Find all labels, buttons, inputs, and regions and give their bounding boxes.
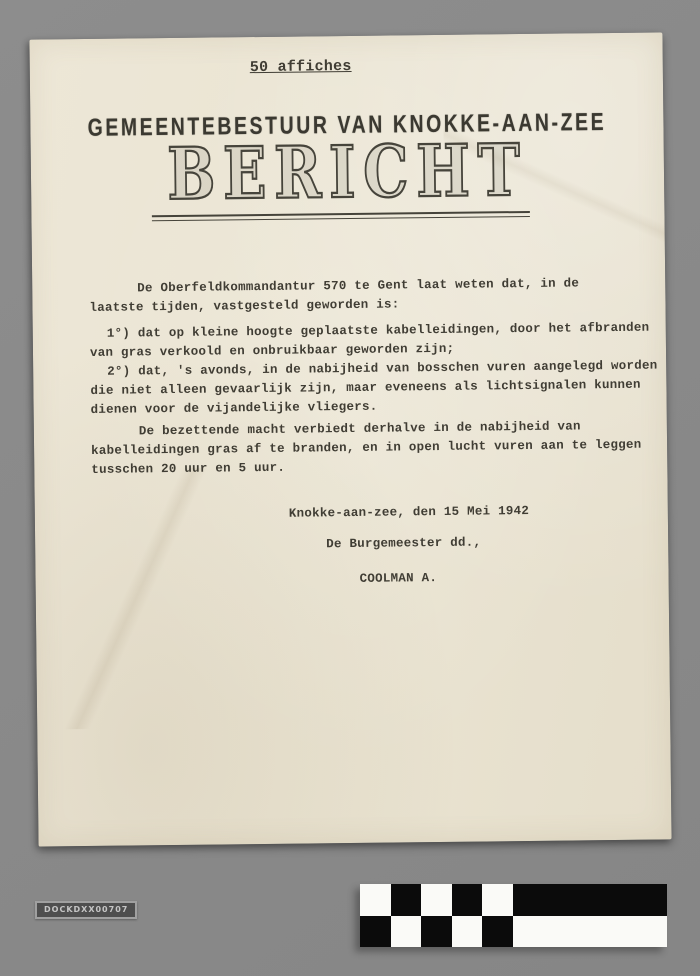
document-title: BERICHT	[75, 130, 620, 214]
calibration-cell	[421, 916, 452, 948]
archive-catalog-label: DOCKDXX00707	[35, 901, 137, 919]
document-sheet: 50 affiches GEMEENTEBESTUUR VAN KNOKKE-A…	[29, 32, 671, 846]
signature-line: De Burgemeester dd.,	[326, 536, 481, 552]
calibration-cell	[513, 884, 667, 916]
calibration-strip	[360, 884, 667, 947]
print-run-annotation: 50 affiches	[250, 58, 352, 76]
calibration-cell	[421, 884, 452, 916]
body-text: De Oberfeldkommandantur 570 te Gent laat…	[89, 273, 666, 480]
signature-line: Knokke-aan-zee, den 15 Mei 1942	[289, 504, 529, 521]
calibration-cell	[482, 916, 513, 948]
calibration-cell	[452, 916, 483, 948]
calibration-cell	[360, 884, 391, 916]
calibration-row-bottom	[360, 916, 667, 948]
signature-line: COOLMAN A.	[360, 571, 438, 586]
calibration-row-top	[360, 884, 667, 916]
calibration-cell	[391, 916, 422, 948]
calibration-cell	[482, 884, 513, 916]
calibration-cell	[513, 916, 667, 948]
calibration-cell	[391, 884, 422, 916]
calibration-cell	[360, 916, 391, 948]
calibration-cell	[452, 884, 483, 916]
signature-block: Knokke-aan-zee, den 15 Mei 1942De Burgem…	[29, 32, 662, 39]
photo-background: 50 affiches GEMEENTEBESTUUR VAN KNOKKE-A…	[0, 0, 700, 976]
